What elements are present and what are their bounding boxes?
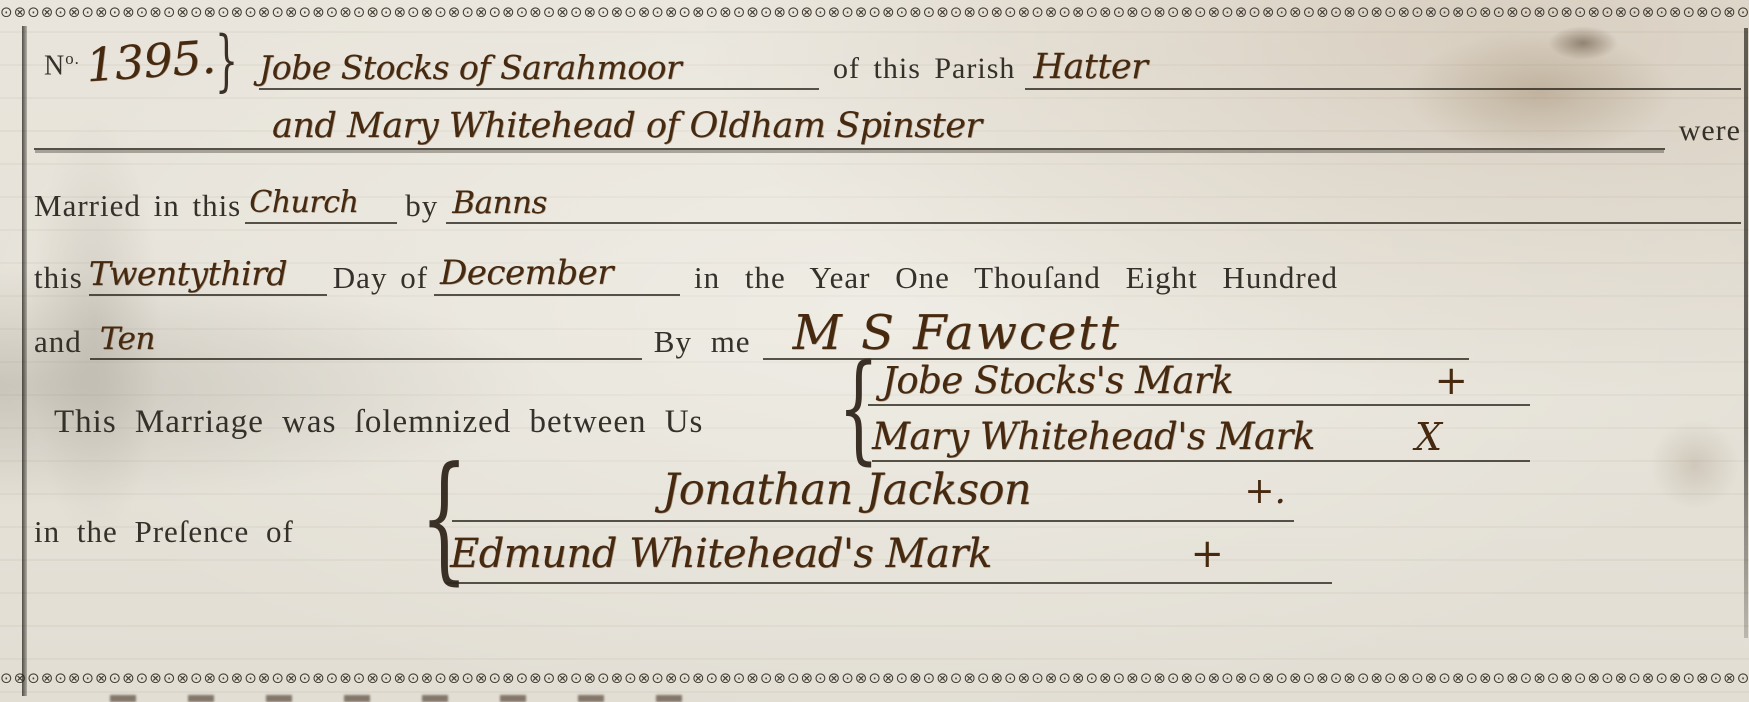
and-label: and <box>34 324 82 360</box>
day-of-label: Day of <box>333 260 428 296</box>
groom-mark-cross: + <box>1434 358 1468 404</box>
entry-number-label-n: N <box>44 50 65 81</box>
ornamental-border-top-icon: ⊙⊗⊙⊗⊙⊗⊙⊗⊙⊗⊙⊗⊙⊗⊙⊗⊙⊗⊙⊗⊙⊗⊙⊗⊙⊗⊙⊗⊙⊗⊙⊗⊙⊗⊙⊗⊙⊗⊙⊗… <box>0 0 1749 26</box>
month-field: December <box>434 252 680 296</box>
were-label: were <box>1679 114 1741 150</box>
marriage-year: Ten <box>100 321 155 357</box>
year-officiant-row: and Ten By me M S Fawcett <box>34 306 1469 360</box>
entry-number: 1395. <box>84 30 217 95</box>
date-row: this Twentythird Day of December in the … <box>34 242 1741 296</box>
bride-mark-line: Mary Whitehead's Mark X <box>872 412 1530 462</box>
entry-brace: } <box>215 32 238 90</box>
bride-mark-cross: X <box>1415 414 1442 460</box>
witness1-name: Jonathan Jackson <box>662 460 1031 520</box>
witness1-line: Jonathan Jackson +. <box>452 456 1294 522</box>
witness2-mark-cross: + <box>1190 526 1224 582</box>
witness2-name: Edmund Whitehead's Mark <box>450 526 992 582</box>
entry-header-row: No. 1395. } Jobe Stocks of Sarahmoor of … <box>44 32 1741 90</box>
method-field: Banns <box>446 184 1741 224</box>
groom-name-field: Jobe Stocks of Sarahmoor <box>259 48 819 90</box>
ornamental-border-bottom-icon: ⊙⊗⊙⊗⊙⊗⊙⊗⊙⊗⊙⊗⊙⊗⊙⊗⊙⊗⊙⊗⊙⊗⊙⊗⊙⊗⊙⊗⊙⊗⊙⊗⊙⊗⊙⊗⊙⊗⊙⊗… <box>0 666 1749 692</box>
next-entry-cutoff-strokes <box>110 695 730 702</box>
bride-line: and Mary Whitehead of Oldham Spinster <box>272 106 982 146</box>
groom-name: Jobe Stocks of Sarahmoor <box>259 48 681 87</box>
right-margin-rule <box>1744 28 1748 638</box>
marriage-method: Banns <box>452 185 547 221</box>
year-printed-label: in the Year One Thouſand Eight Hundred <box>694 260 1741 296</box>
marriage-place: Church <box>249 185 358 220</box>
witness1-mark-cross: +. <box>1244 464 1286 520</box>
by-label: by <box>405 188 438 224</box>
marriage-month: December <box>440 253 613 293</box>
entry-number-label-sup: o. <box>65 49 80 68</box>
place-field: Church <box>245 184 397 224</box>
this-label: this <box>34 260 83 296</box>
paper-stain <box>1650 420 1740 510</box>
groom-mark-line: Jobe Stocks's Mark + <box>868 356 1530 406</box>
married-row: Married in this Church by Banns <box>34 172 1741 224</box>
married-in-this-label: Married in this <box>34 188 241 224</box>
solemnized-label: This Marriage was ſolemnized between Us <box>54 404 703 441</box>
by-me-label: By me <box>654 324 751 360</box>
entry-number-label: No. <box>44 49 80 90</box>
occupation-field: Hatter <box>1025 46 1741 90</box>
left-margin-rule <box>22 26 27 696</box>
marriage-day: Twentythird <box>89 254 287 293</box>
marriage-register-page: ⊙⊗⊙⊗⊙⊗⊙⊗⊙⊗⊙⊗⊙⊗⊙⊗⊙⊗⊙⊗⊙⊗⊙⊗⊙⊗⊙⊗⊙⊗⊙⊗⊙⊗⊙⊗⊙⊗⊙⊗… <box>0 0 1749 702</box>
bride-field: and Mary Whitehead of Oldham Spinster <box>34 104 1665 150</box>
groom-mark-text: Jobe Stocks's Mark <box>882 358 1233 404</box>
of-this-parish-label: of this Parish <box>833 52 1015 86</box>
presence-label: in the Preſence of <box>34 514 294 550</box>
bride-mark-text: Mary Whitehead's Mark <box>872 414 1315 460</box>
groom-occupation: Hatter <box>1033 47 1147 87</box>
day-field: Twentythird <box>89 254 327 296</box>
bride-row: and Mary Whitehead of Oldham Spinster we… <box>34 94 1741 150</box>
year-field: Ten <box>90 320 642 360</box>
witness2-line: Edmund Whitehead's Mark + <box>446 520 1332 584</box>
